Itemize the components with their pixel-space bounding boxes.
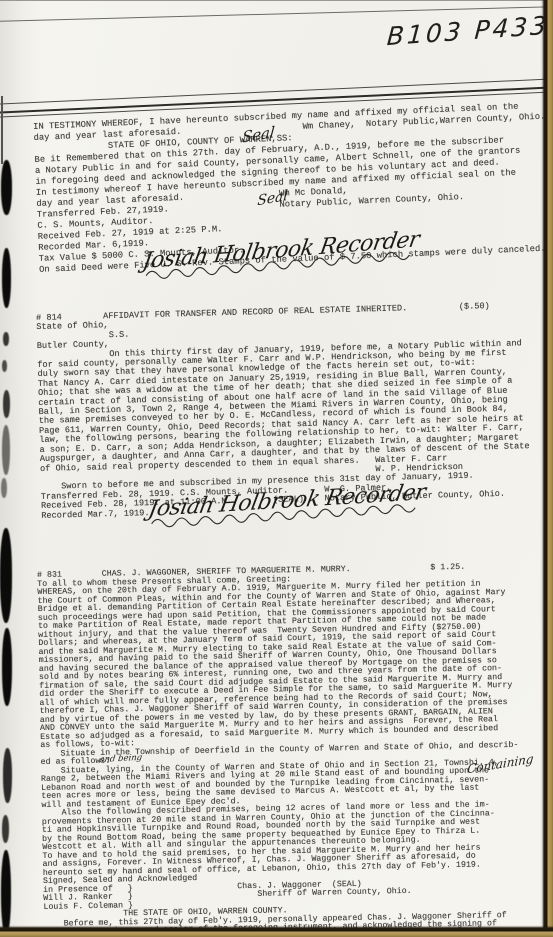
ink-blot xyxy=(2,248,11,308)
ink-blot xyxy=(1,160,12,215)
ink-blot xyxy=(2,628,12,706)
ink-blot xyxy=(1,478,7,498)
photo-frame-bottom-edge xyxy=(0,925,553,937)
ink-blot xyxy=(2,815,9,843)
ink-blot xyxy=(3,390,10,418)
ink-blot xyxy=(3,748,12,803)
ink-blot xyxy=(2,360,7,372)
sheriff-deed-831-block: # 831 CHAS. J. WAGGONER, SHERIFF TO MARG… xyxy=(37,563,522,937)
photo-frame-right-edge xyxy=(540,0,553,937)
ink-blot xyxy=(3,332,9,346)
document-page: B103 P433 IN TESTIMONY WHEREOF, I have h… xyxy=(0,0,553,937)
page-top-edge-line xyxy=(0,0,553,1)
page-left-edge-line xyxy=(1,96,3,164)
ink-blot xyxy=(2,425,10,475)
book-page-annotation-handwritten: B103 P433 xyxy=(386,11,550,52)
ink-blot xyxy=(1,850,11,935)
ink-blot xyxy=(0,528,12,623)
